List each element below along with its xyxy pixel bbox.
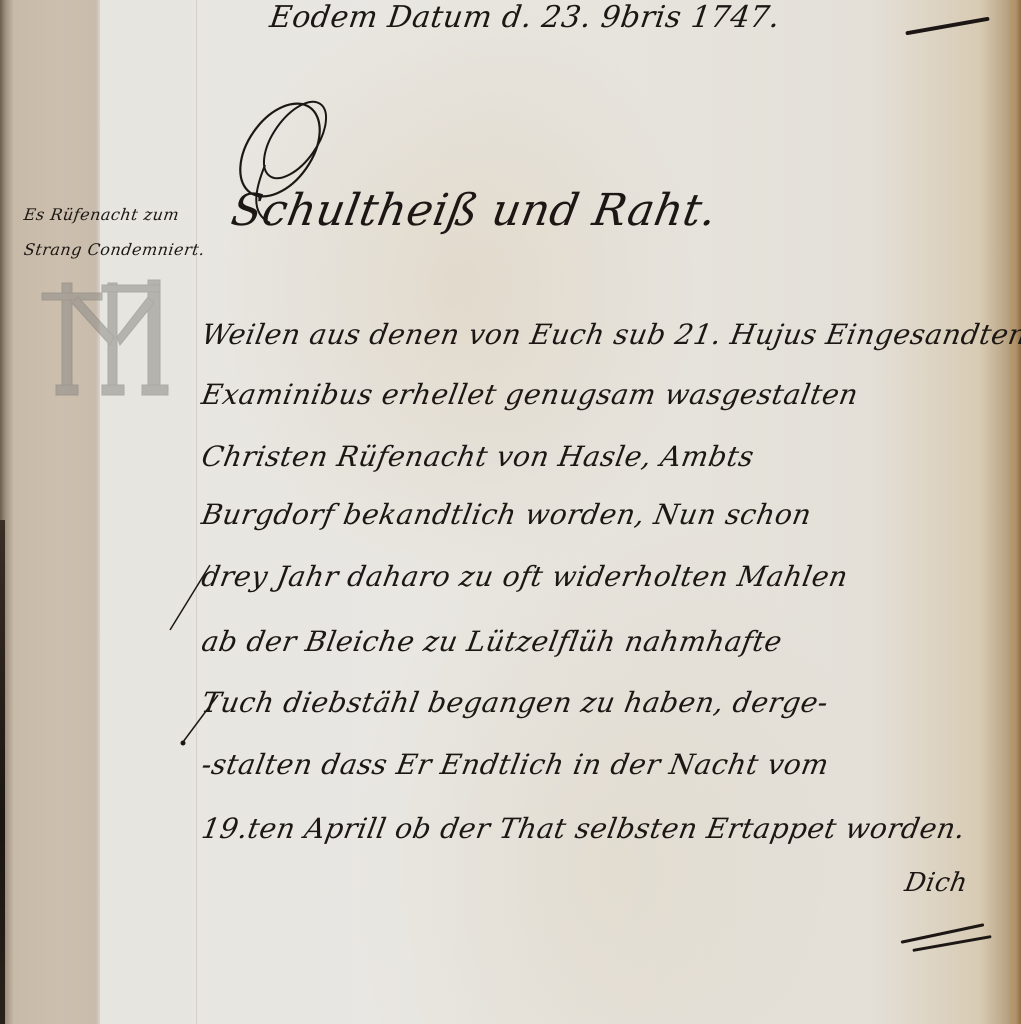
line-flourish-icon: [178, 690, 223, 750]
body-line-2: Examinibus erhellet genugsam wasgestalte…: [199, 378, 861, 411]
page-shadow: [0, 0, 100, 1024]
body-line-4: Burgdorf bekandtlich worden, Nun schon: [199, 498, 814, 531]
body-line-9: 19.ten Aprill ob der That selbsten Ertap…: [199, 812, 968, 845]
book-binding-edge: [0, 520, 5, 1024]
body-line-5: drey Jahr daharo zu oft widerholten Mahl…: [199, 560, 851, 593]
gallows-icon: [40, 275, 180, 405]
body-line-3: Christen Rüfenacht von Hasle, Ambts: [199, 440, 757, 473]
body-line-8: -stalten dass Er Endtlich in der Nacht v…: [199, 748, 831, 781]
margin-note-line-1: Es Rüfenacht zum: [23, 205, 181, 224]
date-line: Eodem Datum d. 23. 9bris 1747.: [268, 0, 783, 35]
body-line-6: ab der Bleiche zu Lützelflüh nahmhafte: [199, 625, 785, 658]
document-heading: Schultheiß und Raht.: [228, 185, 721, 236]
body-line-7: Tuch diebstähl begangen zu haben, derge-: [199, 686, 831, 719]
closing-word: Dich: [902, 868, 970, 898]
line-flourish-icon: [165, 560, 215, 635]
body-line-1: Weilen aus denen von Euch sub 21. Hujus …: [199, 318, 1021, 351]
margin-ruling-line: [196, 0, 197, 1024]
page-right-edge: [1007, 0, 1021, 1024]
margin-note-line-2: Strang Condemniert.: [23, 240, 206, 259]
